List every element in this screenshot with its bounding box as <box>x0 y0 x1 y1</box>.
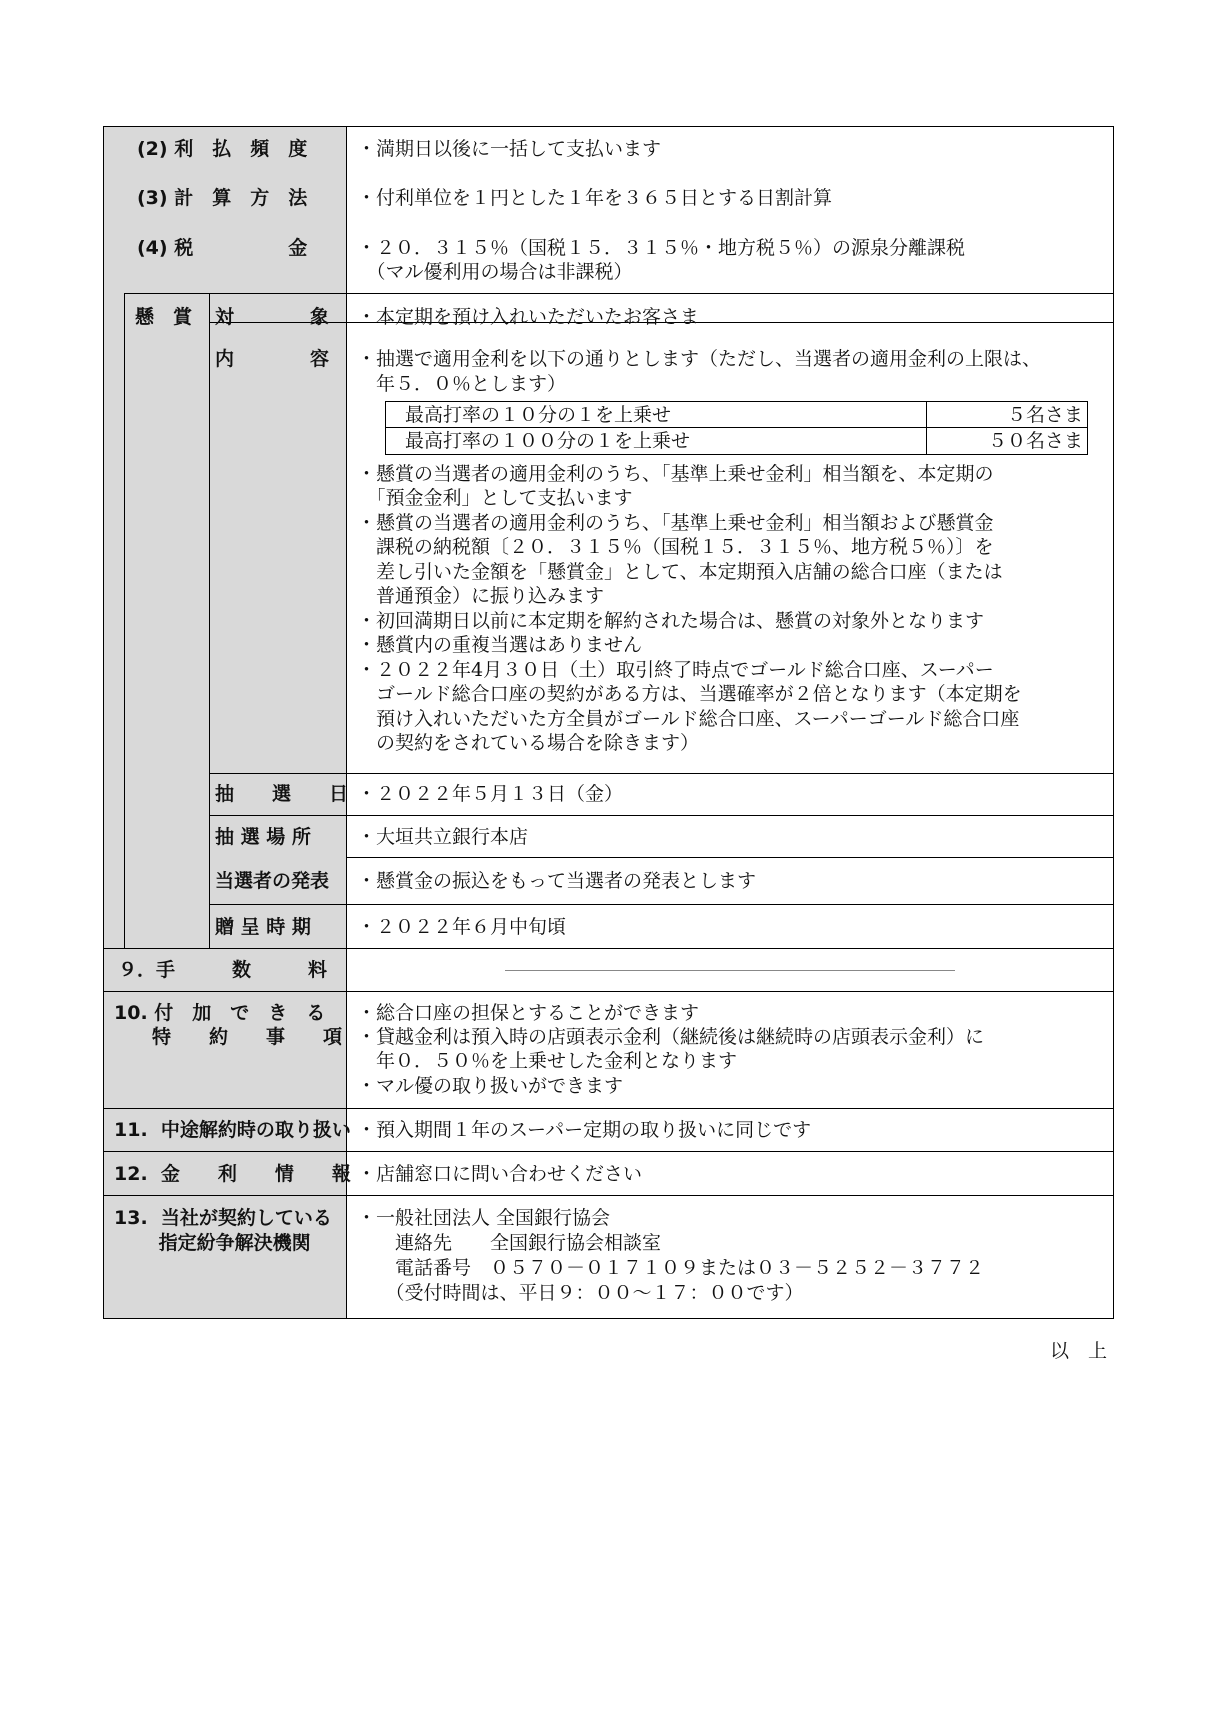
content-line-9: ・２０２２年4月３０日（土）取引終了時点でゴールド総合口座、スーパー <box>357 658 994 682</box>
value-tax-line-1: ・２０．３１５％（国税１５．３１５％・地方税５％）の源泉分離課税 <box>357 236 965 260</box>
label-interest-frequency: (2) 利 払 頻 度 <box>137 137 307 161</box>
value-content-intro-2: 年５．０％とします） <box>357 372 566 396</box>
content-line-1: ・懸賞の当選者の適用金利のうち、「基準上乗せ金利」相当額を、本定期の <box>357 462 994 486</box>
label-calculation-method: (3) 計 算 方 法 <box>137 186 307 210</box>
label-early-cancellation: 11. 中途解約時の取り扱い <box>114 1118 351 1142</box>
value-dispute-org-phone: 電話番号 ０５７０－０１７１０９または０３－５２５２－３７７２ <box>357 1256 984 1280</box>
content-line-4: 課税の納税額〔２０．３１５％（国税１５．３１５％、地方税５％）〕を <box>357 535 994 559</box>
content-line-8: ・懸賞内の重複当選はありません <box>357 633 642 657</box>
label-fee: ９．手 数 料 <box>118 958 327 982</box>
prize-row-1-desc: 最高打率の１０分の１を上乗せ <box>405 403 671 427</box>
value-early-cancellation: ・預入期間１年のスーパー定期の取り扱いに同じです <box>357 1118 811 1142</box>
value-content-intro-1: ・抽選で適用金利を以下の通りとします（ただし、当選者の適用金利の上限は、 <box>357 347 1041 371</box>
content-line-7: ・初回満期日以前に本定期を解約された場合は、懸賞の対象外となります <box>357 609 984 633</box>
label-dispute-org-1: 13. 当社が契約している <box>114 1206 332 1230</box>
content-line-2: 「預金金利」として支払います <box>357 486 633 510</box>
value-draw-date: ・２０２２年５月１３日（金） <box>357 782 623 806</box>
closing-text: 以 上 <box>1050 1339 1107 1363</box>
label-interest-info: 12. 金 利 情 報 <box>114 1162 351 1186</box>
prize-row-2-desc: 最高打率の１００分の１を上乗せ <box>405 429 690 453</box>
value-draw-place: ・大垣共立銀行本店 <box>357 825 528 849</box>
label-draw-place: 抽 選 場 所 <box>215 825 311 849</box>
label-presentation-period: 贈 呈 時 期 <box>215 915 311 939</box>
value-special-terms-2: ・貸越金利は預入時の店頭表示金利（継続後は継続時の店頭表示金利）に <box>357 1025 984 1049</box>
value-dispute-org-1: ・一般社団法人 全国銀行協会 <box>357 1206 610 1230</box>
value-dispute-org-hours: （受付時間は、平日９：００～１７：００です） <box>357 1281 804 1305</box>
label-kensho: 懸 賞 <box>135 305 192 329</box>
prize-row-2-count: ５０名さま <box>926 429 1083 453</box>
label-tax: (4) 税 金 <box>137 236 307 260</box>
label-draw-date: 抽 選 日 <box>215 782 348 806</box>
content-line-12: の契約をされている場合を除きます） <box>357 731 699 755</box>
prize-row-1-count: ５名さま <box>926 403 1083 427</box>
label-special-terms-1: 10. 付 加 で き る <box>114 1001 325 1025</box>
value-winner-announcement: ・懸賞金の振込をもって当選者の発表とします <box>357 869 756 893</box>
value-interest-frequency: ・満期日以後に一括して支払います <box>357 137 661 161</box>
value-tax-line-2: （マル優利用の場合は非課税） <box>357 260 633 284</box>
content-line-10: ゴールド総合口座の契約がある方は、当選確率が２倍となります（本定期を <box>357 682 1022 706</box>
content-line-11: 預け入れいただいた方全員がゴールド総合口座、スーパーゴールド総合口座 <box>357 707 1019 731</box>
value-dispute-org-2: 連絡先 全国銀行協会相談室 <box>357 1231 661 1255</box>
label-content: 内 容 <box>215 347 329 371</box>
label-dispute-org-2: 指定紛争解決機関 <box>114 1231 311 1255</box>
value-special-terms-1: ・総合口座の担保とすることができます <box>357 1001 699 1025</box>
label-target: 対 象 <box>215 305 329 329</box>
value-fee-dash <box>505 970 955 971</box>
value-special-terms-3: 年０．５０％を上乗せした金利となります <box>357 1049 737 1073</box>
value-interest-info: ・店舗窓口に問い合わせください <box>357 1162 642 1186</box>
content-line-6: 普通預金）に振り込みます <box>357 584 604 608</box>
value-target: ・本定期を預け入れいただいたお客さま <box>357 305 699 329</box>
value-calculation-method: ・付利単位を１円とした１年を３６５日とする日割計算 <box>357 186 832 210</box>
content-line-5: 差し引いた金額を「懸賞金」として、本定期預入店舗の総合口座（または <box>357 560 1003 584</box>
value-special-terms-4: ・マル優の取り扱いができます <box>357 1074 623 1098</box>
content-line-3: ・懸賞の当選者の適用金利のうち、「基準上乗せ金利」相当額および懸賞金 <box>357 511 994 535</box>
label-winner-announcement: 当選者の発表 <box>215 869 329 893</box>
label-special-terms-2: 特 約 事 項 <box>114 1025 342 1049</box>
value-presentation-period: ・２０２２年６月中旬頃 <box>357 915 566 939</box>
